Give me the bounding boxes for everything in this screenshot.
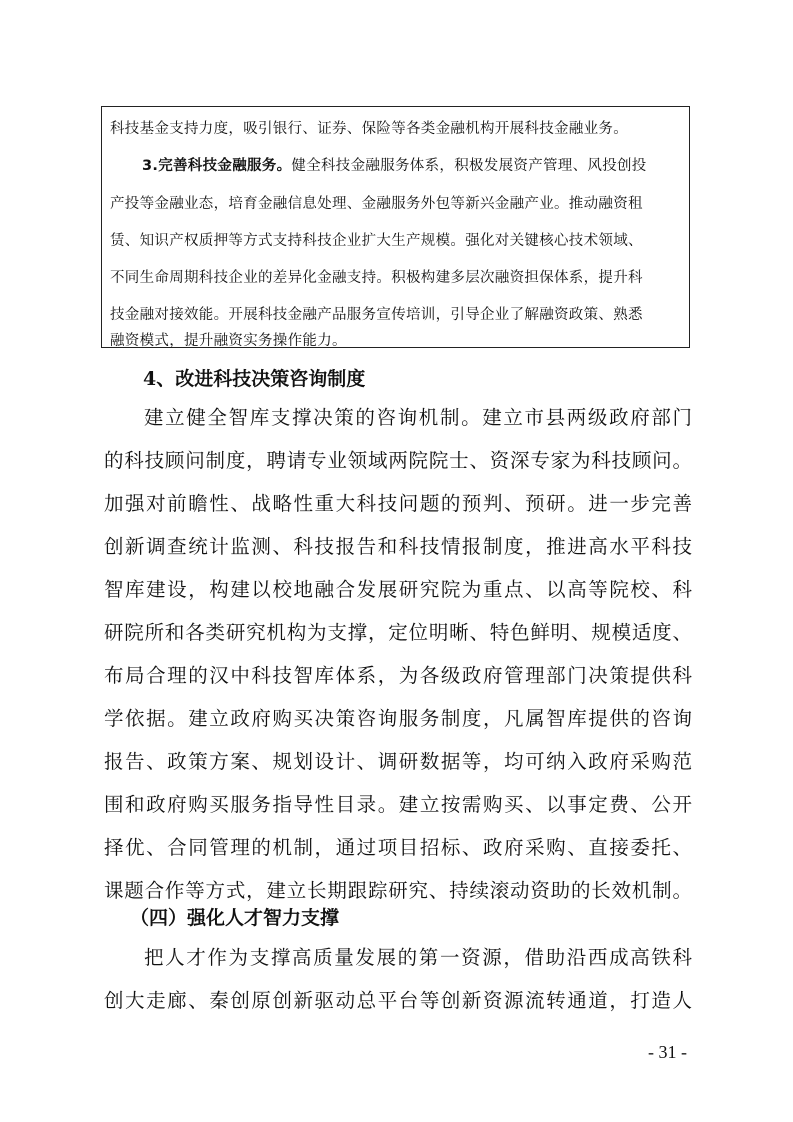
box-line: 技金融对接效能。开展科技金融产品服务宣传培训，引导企业了解融资政策、熟悉 [110,303,643,324]
para-line: 建立健全智库支撑决策的咨询机制。建立市县两级政府部门 [144,402,692,430]
para-line: 布局合理的汉中科技智库体系，为各级政府管理部门决策提供科 [104,660,692,688]
box-line: 科技基金支持力度，吸引银行、证券、保险等各类金融机构开展科技金融业务。 [110,117,628,138]
boxed-text-panel: 科技基金支持力度，吸引银行、证券、保险等各类金融机构开展科技金融业务。 3.完善… [101,106,690,348]
para-line: 报告、政策方案、规划设计、调研数据等，均可纳入政府采购范 [104,746,692,774]
item3-title: 3.完善科技金融服务。 [142,158,291,174]
item3-text: 健全科技金融服务体系，积极发展资产管理、风投创投 [291,158,646,174]
para-line: 研院所和各类研究机构为支撑，定位明晰、特色鲜明、规模适度、 [104,617,692,645]
para-line: 加强对前瞻性、战略性重大科技问题的预判、预研。进一步完善 [104,488,692,516]
para-line: 择优、合同管理的机制，通过项目招标、政府采购、直接委托、 [104,832,692,860]
para-line: 创大走廊、秦创原创新驱动总平台等创新资源流转通道，打造人 [104,985,692,1013]
para-line: 学依据。建立政府购买决策咨询服务制度，凡属智库提供的咨询 [104,703,692,731]
para-line: 的科技顾问制度，聘请专业领域两院院士、资深专家为科技顾问。 [104,445,692,473]
box-line: 赁、知识产权质押等方式支持科技企业扩大生产规模。强化对关键核心技术领域、 [110,229,643,250]
box-line: 产投等金融业态，培育金融信息处理、金融服务外包等新兴金融产业。推动融资租 [110,192,643,213]
para-line: 创新调查统计监测、科技报告和科技情报制度，推进高水平科技 [104,531,692,559]
para-line: 课题合作等方式，建立长期跟踪研究、持续滚动资助的长效机制。 [104,875,692,903]
para-line: 把人才作为支撑高质量发展的第一资源，借助沿西成高铁科 [144,942,692,970]
page-number: - 31 - [648,1042,687,1063]
box-item3-line: 3.完善科技金融服务。健全科技金融服务体系，积极发展资产管理、风投创投 [142,154,647,175]
document-page: 科技基金支持力度，吸引银行、证券、保险等各类金融机构开展科技金融业务。 3.完善… [0,0,793,1122]
box-line: 融资模式，提升融资实务操作能力。 [110,329,347,350]
para-line: 智库建设，构建以校地融合发展研究院为重点、以高等院校、科 [104,574,692,602]
section-heading-4: 4、改进科技决策咨询制度 [143,364,365,391]
section-heading-four: （四）强化人才智力支撑 [130,903,339,930]
para-line: 围和政府购买服务指导性目录。建立按需购买、以事定费、公开 [104,789,692,817]
box-line: 不同生命周期科技企业的差异化金融支持。积极构建多层次融资担保体系，提升科 [110,266,643,287]
